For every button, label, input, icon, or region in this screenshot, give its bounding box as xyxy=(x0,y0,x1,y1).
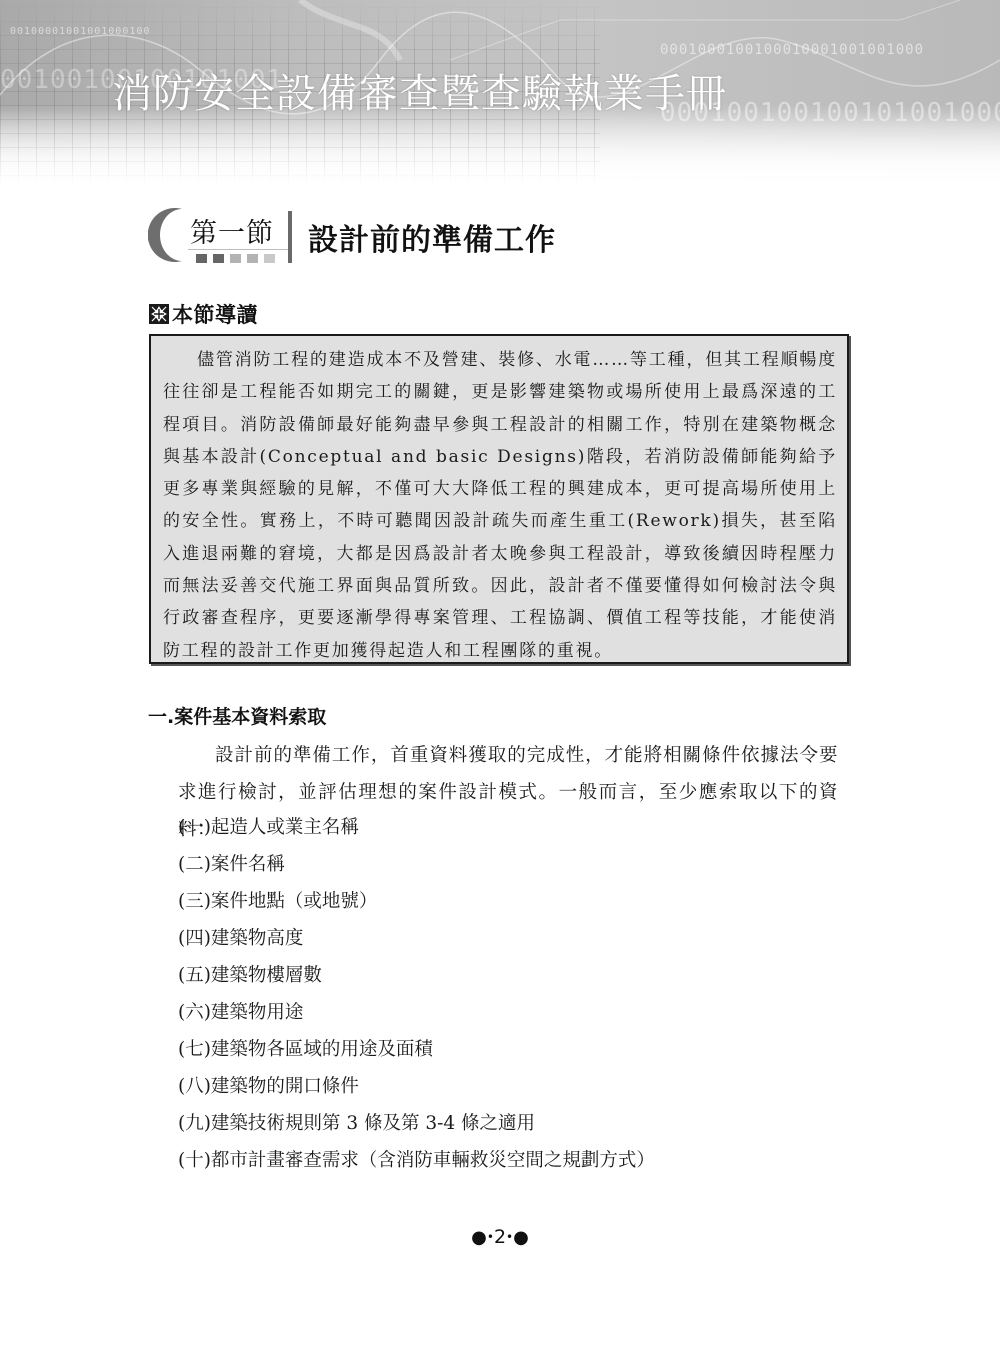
bullet-decoration: ● xyxy=(513,1227,529,1248)
page-header-banner: 00100001001001000100 0001000100100010001… xyxy=(0,0,1000,190)
section-squares-decoration xyxy=(196,254,275,263)
guide-summary-box: 儘管消防工程的建造成本不及營建、裝修、水電……等工種，但其工程順暢度往往卻是工程… xyxy=(149,334,849,664)
list-item: (四)建築物高度 xyxy=(178,920,655,957)
square-decoration xyxy=(196,254,207,263)
list-item: (五)建築物樓層數 xyxy=(178,957,655,994)
square-decoration xyxy=(264,254,275,263)
subsection-number: 一. xyxy=(148,706,174,728)
list-item: (八)建築物的開口條件 xyxy=(178,1068,655,1105)
subsection-title: 案件基本資料索取 xyxy=(174,706,326,728)
square-decoration xyxy=(213,254,224,263)
square-decoration xyxy=(247,254,258,263)
book-title: 消防安全設備審查暨查驗執業手冊 xyxy=(112,62,727,119)
square-decoration xyxy=(230,254,241,263)
list-item: (二)案件名稱 xyxy=(178,846,655,883)
list-item: (六)建築物用途 xyxy=(178,994,655,1031)
section-divider-bar xyxy=(288,211,292,263)
bullet-decoration: • xyxy=(487,1230,494,1244)
list-item: (七)建築物各區域的用途及面積 xyxy=(178,1031,655,1068)
section-label: 第一節 xyxy=(190,211,274,250)
banner-fade xyxy=(0,110,1000,190)
section-title: 設計前的準備工作 xyxy=(308,215,556,259)
page-number: ●•2•● xyxy=(0,1226,1000,1248)
page-number-value: 2 xyxy=(494,1226,506,1248)
banner-binary-text: 00100001001001000100 xyxy=(10,26,150,37)
list-item: (三)案件地點（或地號） xyxy=(178,883,655,920)
bullet-decoration: ● xyxy=(471,1227,487,1248)
section-label-underline xyxy=(188,249,288,250)
ornament-square-icon xyxy=(149,304,169,324)
list-item: (十)都市計畫審查需求（含消防車輛救災空間之規劃方式） xyxy=(178,1142,655,1179)
guide-paragraph: 儘管消防工程的建造成本不及營建、裝修、水電……等工種，但其工程順暢度往往卻是工程… xyxy=(163,344,837,667)
required-data-list: (一)起造人或業主名稱 (二)案件名稱 (三)案件地點（或地號） (四)建築物高… xyxy=(178,809,655,1179)
banner-binary-text: 0001000100100010001001001000 xyxy=(660,42,924,58)
guide-heading: 本節導讀 xyxy=(149,299,258,329)
list-item: (九)建築技術規則第 3 條及第 3-4 條之適用 xyxy=(178,1105,655,1142)
guide-title: 本節導讀 xyxy=(172,299,258,329)
subsection-heading: 一.案件基本資料索取 xyxy=(148,702,326,729)
list-item: (一)起造人或業主名稱 xyxy=(178,809,655,846)
